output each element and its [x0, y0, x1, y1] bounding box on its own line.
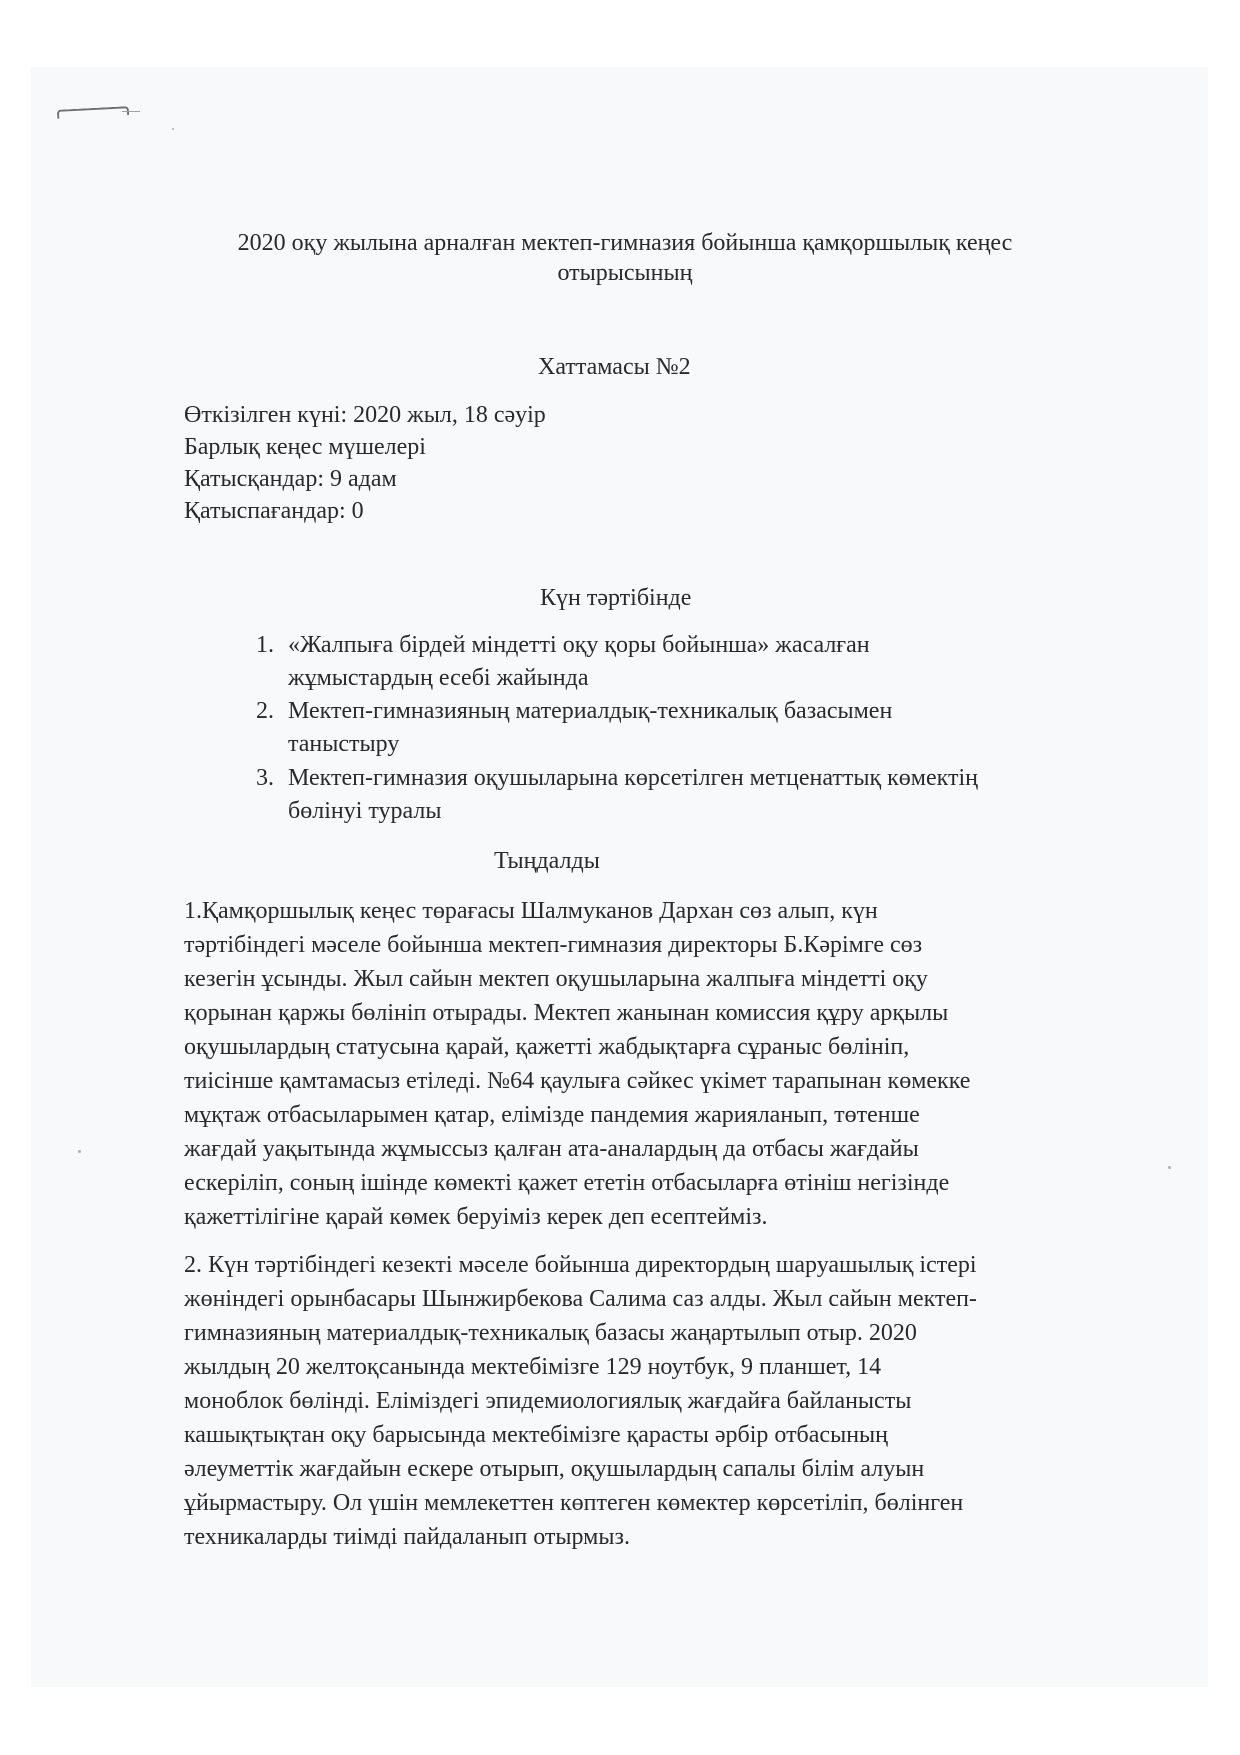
paragraph-line: оқушылардың статусына қарай, қажетті жаб… — [184, 1032, 909, 1062]
paragraph-line: кезегін ұсынды. Жыл сайын мектеп оқушыла… — [184, 964, 928, 994]
agenda-item-text: таныстыру — [288, 729, 399, 759]
paragraph-line: 1.Қамқоршылық кеңес төрағасы Шалмуканов … — [184, 896, 878, 926]
paragraph-line: ескеріліп, соның ішінде көмекті қажет ет… — [184, 1168, 949, 1198]
paragraph-line: моноблок бөлінді. Еліміздегі эпидемиолог… — [184, 1386, 911, 1416]
paragraph-line: тәртібіндегі мәселе бойынша мектеп-гимна… — [184, 930, 922, 960]
paragraph-line: жылдың 20 желтоқсанында мектебімізге 129… — [184, 1352, 881, 1382]
paragraph-line: жағдай уақытында жұмыссыз қалған ата-ана… — [184, 1134, 919, 1164]
paragraph-line: қорынан қаржы бөлініп отырады. Мектеп жа… — [184, 998, 948, 1028]
document-title-line-1: 2020 оқу жылына арналған мектеп-гимназия… — [160, 228, 1090, 258]
paragraph-line: әлеуметтік жағдайын ескере отырып, оқушы… — [184, 1454, 924, 1484]
paragraph-line: ұйырмастыру. Ол үшін мемлекеттен көптеге… — [184, 1488, 963, 1518]
absent-count: Қатыспағандар: 0 — [184, 496, 364, 526]
agenda-item-number: 3. — [256, 763, 274, 793]
present-count: Қатысқандар: 9 адам — [184, 464, 397, 494]
agenda-item-text: жұмыстардың есебі жайында — [288, 663, 588, 693]
scan-speck — [172, 128, 174, 130]
protocol-heading: Хаттамасы №2 — [538, 352, 691, 382]
agenda-item-number: 2. — [256, 696, 274, 726]
agenda-item-number: 1. — [256, 630, 274, 660]
document-title-line-2: отырысының — [160, 258, 1090, 288]
heard-heading: Тыңдалды — [494, 846, 600, 876]
paragraph-line: мұқтаж отбасыларымен қатар, елімізде пан… — [184, 1100, 920, 1130]
paragraph-line: гимназияның материалдық-техникалық базас… — [184, 1318, 917, 1348]
members-line: Барлық кеңес мүшелері — [184, 432, 426, 462]
paragraph-line: жөніндегі орынбасары Шынжирбекова Салима… — [184, 1284, 977, 1314]
paragraph-line: техникаларды тиімді пайдаланып отырмыз. — [184, 1522, 630, 1552]
agenda-item-text: Мектеп-гимназия оқушыларына көрсетілген … — [288, 763, 978, 793]
agenda-item-text: Мектеп-гимназияның материалдық-техникалы… — [288, 696, 892, 726]
paragraph-line: қажеттілігіне қарай көмек беруіміз керек… — [184, 1202, 767, 1232]
meeting-date: Өткізілген күні: 2020 жыл, 18 сәуір — [184, 400, 546, 430]
paragraph-line: кашықтықтан оқу барысында мектебімізге қ… — [184, 1420, 888, 1450]
agenda-item-text: «Жалпыға бірдей міндетті оқу қоры бойынш… — [288, 630, 870, 660]
scan-speck — [1168, 1166, 1171, 1169]
paragraph-line: 2. Күн тәртібіндегі кезекті мәселе бойын… — [184, 1250, 977, 1280]
paragraph-line: тиісінше қамтамасыз етіледі. №64 қаулыға… — [184, 1066, 970, 1096]
scan-speck — [78, 1150, 81, 1153]
staple-tail-mark — [122, 111, 140, 112]
agenda-item-text: бөлінуі туралы — [288, 796, 442, 826]
agenda-heading: Күн тәртібінде — [540, 583, 691, 613]
